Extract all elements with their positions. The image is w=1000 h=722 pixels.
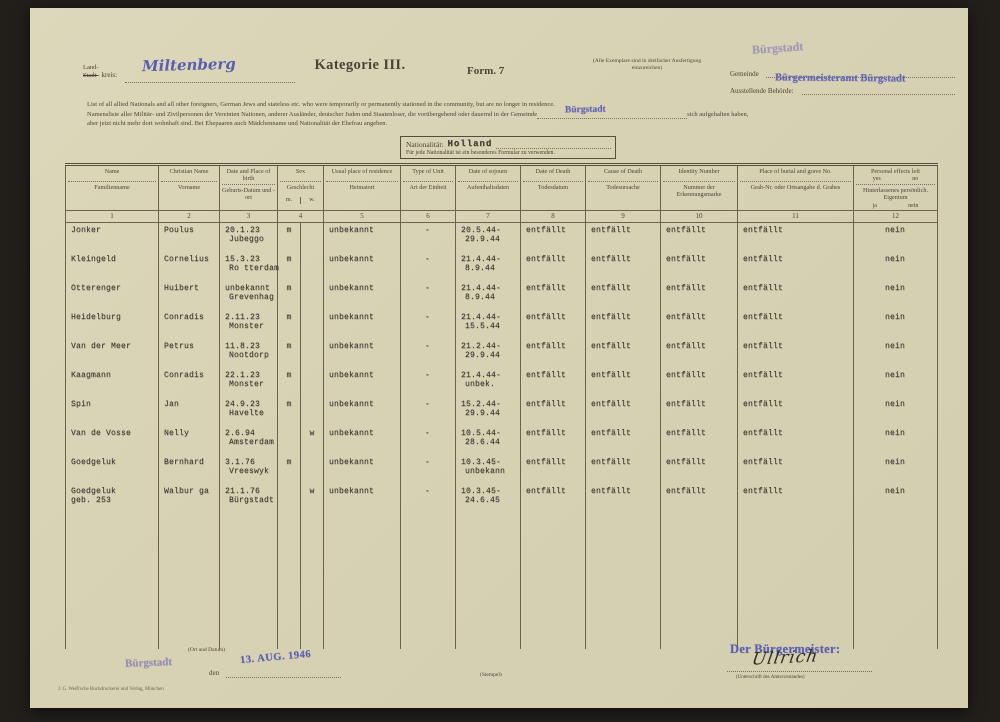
- death-date-cell: entfällt: [521, 281, 586, 310]
- form-page: Land- Stadt- kreis: Miltenberg Kategorie…: [30, 8, 968, 708]
- signature-caption: (Unterschrift des Amtsvorstandes): [736, 675, 805, 680]
- sojourn-cell: 21.4.44- 15.5.44: [456, 310, 521, 339]
- sojourn-cell: 21.4.44- 8.9.44: [456, 281, 521, 310]
- unit-cell: -: [401, 339, 456, 368]
- sex-cell: m: [278, 339, 324, 368]
- kreis-label-word: kreis:: [102, 71, 118, 79]
- death-cause-cell: entfällt: [586, 223, 661, 253]
- christian-name-cell: Poulus: [159, 223, 220, 253]
- birth-cell: 11.8.23 Nootdorp: [220, 339, 278, 368]
- table-row: Goedgeluk Bernhard 3.1.76 Vreeswyk m unb…: [66, 455, 938, 484]
- death-cause-cell: entfällt: [586, 252, 661, 281]
- table-row: Heidelburg Conradis 2.11.23 Monster m un…: [66, 310, 938, 339]
- death-cause-cell: entfällt: [586, 426, 661, 455]
- identity-cell: entfällt: [661, 252, 738, 281]
- death-cause-cell: entfällt: [586, 397, 661, 426]
- residence-cell: unbekannt: [324, 223, 401, 253]
- death-date-cell: entfällt: [521, 455, 586, 484]
- effects-cell: nein: [854, 426, 938, 455]
- table-row: Kaagmann Conradis 22.1.23 Monster m unbe…: [66, 368, 938, 397]
- column-header-death-date: Date of DeathTodesdatum: [521, 165, 586, 211]
- christian-name-cell: Petrus: [159, 339, 220, 368]
- sex-cell: m: [278, 310, 324, 339]
- sex-cell: m: [278, 368, 324, 397]
- unit-cell: -: [401, 455, 456, 484]
- christian-name-cell: Conradis: [159, 368, 220, 397]
- residence-cell: unbekannt: [324, 484, 401, 513]
- intro-text-de-line1: Namensliste aller Militär- und Zivilpers…: [87, 110, 942, 120]
- date-stamp: 13. AUG. 1946: [240, 649, 312, 666]
- burial-cell: entfällt: [738, 397, 854, 426]
- name-cell: Jonker: [66, 223, 159, 253]
- table-row: Van de Vosse Nelly 2.6.94 Amsterdam w un…: [66, 426, 938, 455]
- unit-cell: -: [401, 484, 456, 513]
- sex-cell: m: [278, 397, 324, 426]
- death-cause-cell: entfällt: [586, 281, 661, 310]
- birth-cell: 21.1.76 Bürgstadt: [220, 484, 278, 513]
- residence-cell: unbekannt: [324, 397, 401, 426]
- unit-cell: -: [401, 281, 456, 310]
- name-cell: Van der Meer: [66, 339, 159, 368]
- residence-cell: unbekannt: [324, 368, 401, 397]
- identity-cell: entfällt: [661, 310, 738, 339]
- burial-cell: entfällt: [738, 310, 854, 339]
- death-cause-cell: entfällt: [586, 455, 661, 484]
- birth-cell: 2.11.23 Monster: [220, 310, 278, 339]
- name-cell: Kleingeld: [66, 252, 159, 281]
- name-cell: Kaagmann: [66, 368, 159, 397]
- table-row: Van der Meer Petrus 11.8.23 Nootdorp m u…: [66, 339, 938, 368]
- death-cause-cell: entfällt: [586, 368, 661, 397]
- mayor-signature: Ullrich: [750, 646, 819, 670]
- den-label: den: [209, 669, 219, 677]
- column-header-unit: Type of UnitArt der Einheit: [401, 165, 456, 211]
- birth-cell: unbekannt Grevenhag: [220, 281, 278, 310]
- residence-cell: unbekannt: [324, 455, 401, 484]
- kreis-value-handwritten: Miltenberg: [142, 55, 236, 75]
- column-header-birth: Date and Place of birthGeburts-Datum und…: [220, 165, 278, 211]
- identity-cell: entfällt: [661, 368, 738, 397]
- table-row: Goedgeluk geb. 253 Walbur ga 21.1.76 Bür…: [66, 484, 938, 513]
- birth-cell: 20.1.23 Jubeggo: [220, 223, 278, 253]
- effects-cell: nein: [854, 484, 938, 513]
- column-header-sojourn: Date of sojournAufenthaltsdaten: [456, 165, 521, 211]
- residence-cell: unbekannt: [324, 426, 401, 455]
- christian-name-cell: Huibert: [159, 281, 220, 310]
- burial-cell: entfällt: [738, 252, 854, 281]
- burial-cell: entfällt: [738, 426, 854, 455]
- death-date-cell: entfällt: [521, 339, 586, 368]
- effects-cell: nein: [854, 339, 938, 368]
- table-row: Otterenger Huibert unbekannt Grevenhag m…: [66, 281, 938, 310]
- name-cell: Otterenger: [66, 281, 159, 310]
- unit-cell: -: [401, 310, 456, 339]
- identity-cell: entfällt: [661, 484, 738, 513]
- residence-cell: unbekannt: [324, 252, 401, 281]
- christian-name-cell: Nelly: [159, 426, 220, 455]
- sojourn-cell: 10.3.45- unbekann: [456, 455, 521, 484]
- death-date-cell: entfällt: [521, 426, 586, 455]
- burial-cell: entfällt: [738, 368, 854, 397]
- form-number: Form. 7: [467, 65, 504, 77]
- nationality-note: Für jede Nationalität ist ein besonderes…: [406, 150, 611, 156]
- seal-label: (Stempel): [480, 672, 502, 678]
- effects-cell: nein: [854, 252, 938, 281]
- kreis-label-stadt: Stadt-: [83, 72, 99, 80]
- identity-cell: entfällt: [661, 397, 738, 426]
- nationality-box: Nationalität: Holland Für jede Nationali…: [400, 136, 616, 159]
- column-header-burial: Place of burial and grave No.Grab-Nr. od…: [738, 165, 854, 211]
- name-cell: Heidelburg: [66, 310, 159, 339]
- christian-name-cell: Walbur ga: [159, 484, 220, 513]
- intro-paragraph: List of all allied Nationals and all oth…: [87, 100, 942, 129]
- unit-cell: -: [401, 397, 456, 426]
- christian-name-cell: Cornelius: [159, 252, 220, 281]
- residence-cell: unbekannt: [324, 281, 401, 310]
- death-date-cell: entfällt: [521, 310, 586, 339]
- birth-cell: 22.1.23 Monster: [220, 368, 278, 397]
- death-cause-cell: entfällt: [586, 339, 661, 368]
- sojourn-cell: 10.5.44- 28.6.44: [456, 426, 521, 455]
- effects-cell: nein: [854, 281, 938, 310]
- kreis-label-land: Land-: [83, 64, 99, 72]
- gemeinde-stamp: Bürgstadt: [752, 39, 804, 58]
- sex-cell: m: [278, 281, 324, 310]
- table-row: Spin Jan 24.9.23 Havelte m unbekannt - 1…: [66, 397, 938, 426]
- death-date-cell: entfällt: [521, 484, 586, 513]
- column-header-christian-name: Christian NameVorname: [159, 165, 220, 211]
- issuing-authority-label: Ausstellende Behörde:: [730, 87, 794, 95]
- unit-cell: -: [401, 252, 456, 281]
- column-header-name: NameFamilienname: [66, 165, 159, 211]
- sojourn-cell: 21.4.44- unbek.: [456, 368, 521, 397]
- issuing-authority-stamp: Bürgermeisteramt Bürgstadt: [775, 72, 905, 84]
- sex-cell: m: [278, 455, 324, 484]
- identity-cell: entfällt: [661, 455, 738, 484]
- intro-gemeinde-stamp: Bürgstadt: [565, 106, 606, 116]
- identity-cell: entfällt: [661, 281, 738, 310]
- death-cause-cell: entfällt: [586, 484, 661, 513]
- sex-cell: m: [278, 223, 324, 253]
- identity-cell: entfällt: [661, 223, 738, 253]
- effects-cell: nein: [854, 223, 938, 253]
- effects-cell: nein: [854, 310, 938, 339]
- ort-datum-label: (Ort und Datum): [188, 647, 225, 653]
- effects-cell: nein: [854, 368, 938, 397]
- name-cell: Spin: [66, 397, 159, 426]
- copies-note: (Alle Exemplare sind in dreifacher Ausfe…: [582, 58, 712, 72]
- sojourn-cell: 21.2.44- 29.9.44: [456, 339, 521, 368]
- burial-cell: entfällt: [738, 484, 854, 513]
- identity-cell: entfällt: [661, 339, 738, 368]
- name-cell: Goedgeluk: [66, 455, 159, 484]
- burial-cell: entfällt: [738, 455, 854, 484]
- column-header-residence: Usual place of residenceHeimatort: [324, 165, 401, 211]
- birth-cell: 2.6.94 Amsterdam: [220, 426, 278, 455]
- column-number-row: 12 34 56 78 910 1112: [66, 211, 938, 223]
- death-cause-cell: entfällt: [586, 310, 661, 339]
- kreis-block: Land- Stadt- kreis:: [83, 64, 117, 79]
- printer-imprint: J. G. Weiß'sche Buchdruckerei und Verlag…: [58, 687, 164, 692]
- intro-gemeinde-blank: Bürgstadt: [537, 110, 687, 119]
- effects-cell: nein: [854, 455, 938, 484]
- residence-cell: unbekannt: [324, 310, 401, 339]
- table-row: Kleingeld Cornelius 15.3.23 Ro tterdam m…: [66, 252, 938, 281]
- empty-rows-area: [66, 513, 938, 649]
- header-row: NameFamilienname Christian NameVorname D…: [66, 165, 938, 211]
- roster-table: NameFamilienname Christian NameVorname D…: [65, 163, 938, 649]
- death-date-cell: entfällt: [521, 397, 586, 426]
- intro-text-de-line2: aber jetzt nicht mehr dort wohnhaft sind…: [87, 119, 942, 129]
- birth-cell: 3.1.76 Vreeswyk: [220, 455, 278, 484]
- birth-cell: 24.9.23 Havelte: [220, 397, 278, 426]
- birth-cell: 15.3.23 Ro tterdam: [220, 252, 278, 281]
- nationality-value: Holland: [448, 139, 493, 149]
- nationality-label: Nationalität:: [406, 140, 444, 149]
- burial-cell: entfällt: [738, 281, 854, 310]
- gemeinde-label: Gemeinde: [730, 70, 759, 78]
- christian-name-cell: Bernhard: [159, 455, 220, 484]
- date-dotted-line: [226, 665, 341, 678]
- effects-cell: nein: [854, 397, 938, 426]
- sojourn-cell: 10.3.45- 24.6.45: [456, 484, 521, 513]
- death-date-cell: entfällt: [521, 252, 586, 281]
- residence-cell: unbekannt: [324, 339, 401, 368]
- christian-name-cell: Conradis: [159, 310, 220, 339]
- unit-cell: -: [401, 368, 456, 397]
- column-header-sex: SexGeschlecht m.w.: [278, 165, 324, 211]
- sex-cell: w: [278, 426, 324, 455]
- place-stamp: Bürgstadt: [125, 656, 172, 670]
- column-header-death-cause: Cause of DeathTodesursache: [586, 165, 661, 211]
- unit-cell: -: [401, 426, 456, 455]
- page-title: Kategorie III.: [270, 57, 450, 74]
- sex-cell: m: [278, 252, 324, 281]
- death-date-cell: entfällt: [521, 368, 586, 397]
- identity-cell: entfällt: [661, 426, 738, 455]
- nationality-dotted-tail: [496, 141, 611, 149]
- burial-cell: entfällt: [738, 223, 854, 253]
- death-date-cell: entfällt: [521, 223, 586, 253]
- sojourn-cell: 20.5.44- 29.9.44: [456, 223, 521, 253]
- table-row: Jonker Poulus 20.1.23 Jubeggo m unbekann…: [66, 223, 938, 253]
- name-cell: Van de Vosse: [66, 426, 159, 455]
- name-cell: Goedgeluk geb. 253: [66, 484, 159, 513]
- burial-cell: entfällt: [738, 339, 854, 368]
- sojourn-cell: 21.4.44- 8.9.44: [456, 252, 521, 281]
- sojourn-cell: 15.2.44- 29.9.44: [456, 397, 521, 426]
- column-header-identity: Identity NumberNummer der Erkennungsmark…: [661, 165, 738, 211]
- sex-cell: w: [278, 484, 324, 513]
- unit-cell: -: [401, 223, 456, 253]
- column-header-effects: Personal effects left yesno Hinterlassen…: [854, 165, 938, 211]
- christian-name-cell: Jan: [159, 397, 220, 426]
- intro-text-en: List of all allied Nationals and all oth…: [87, 100, 942, 110]
